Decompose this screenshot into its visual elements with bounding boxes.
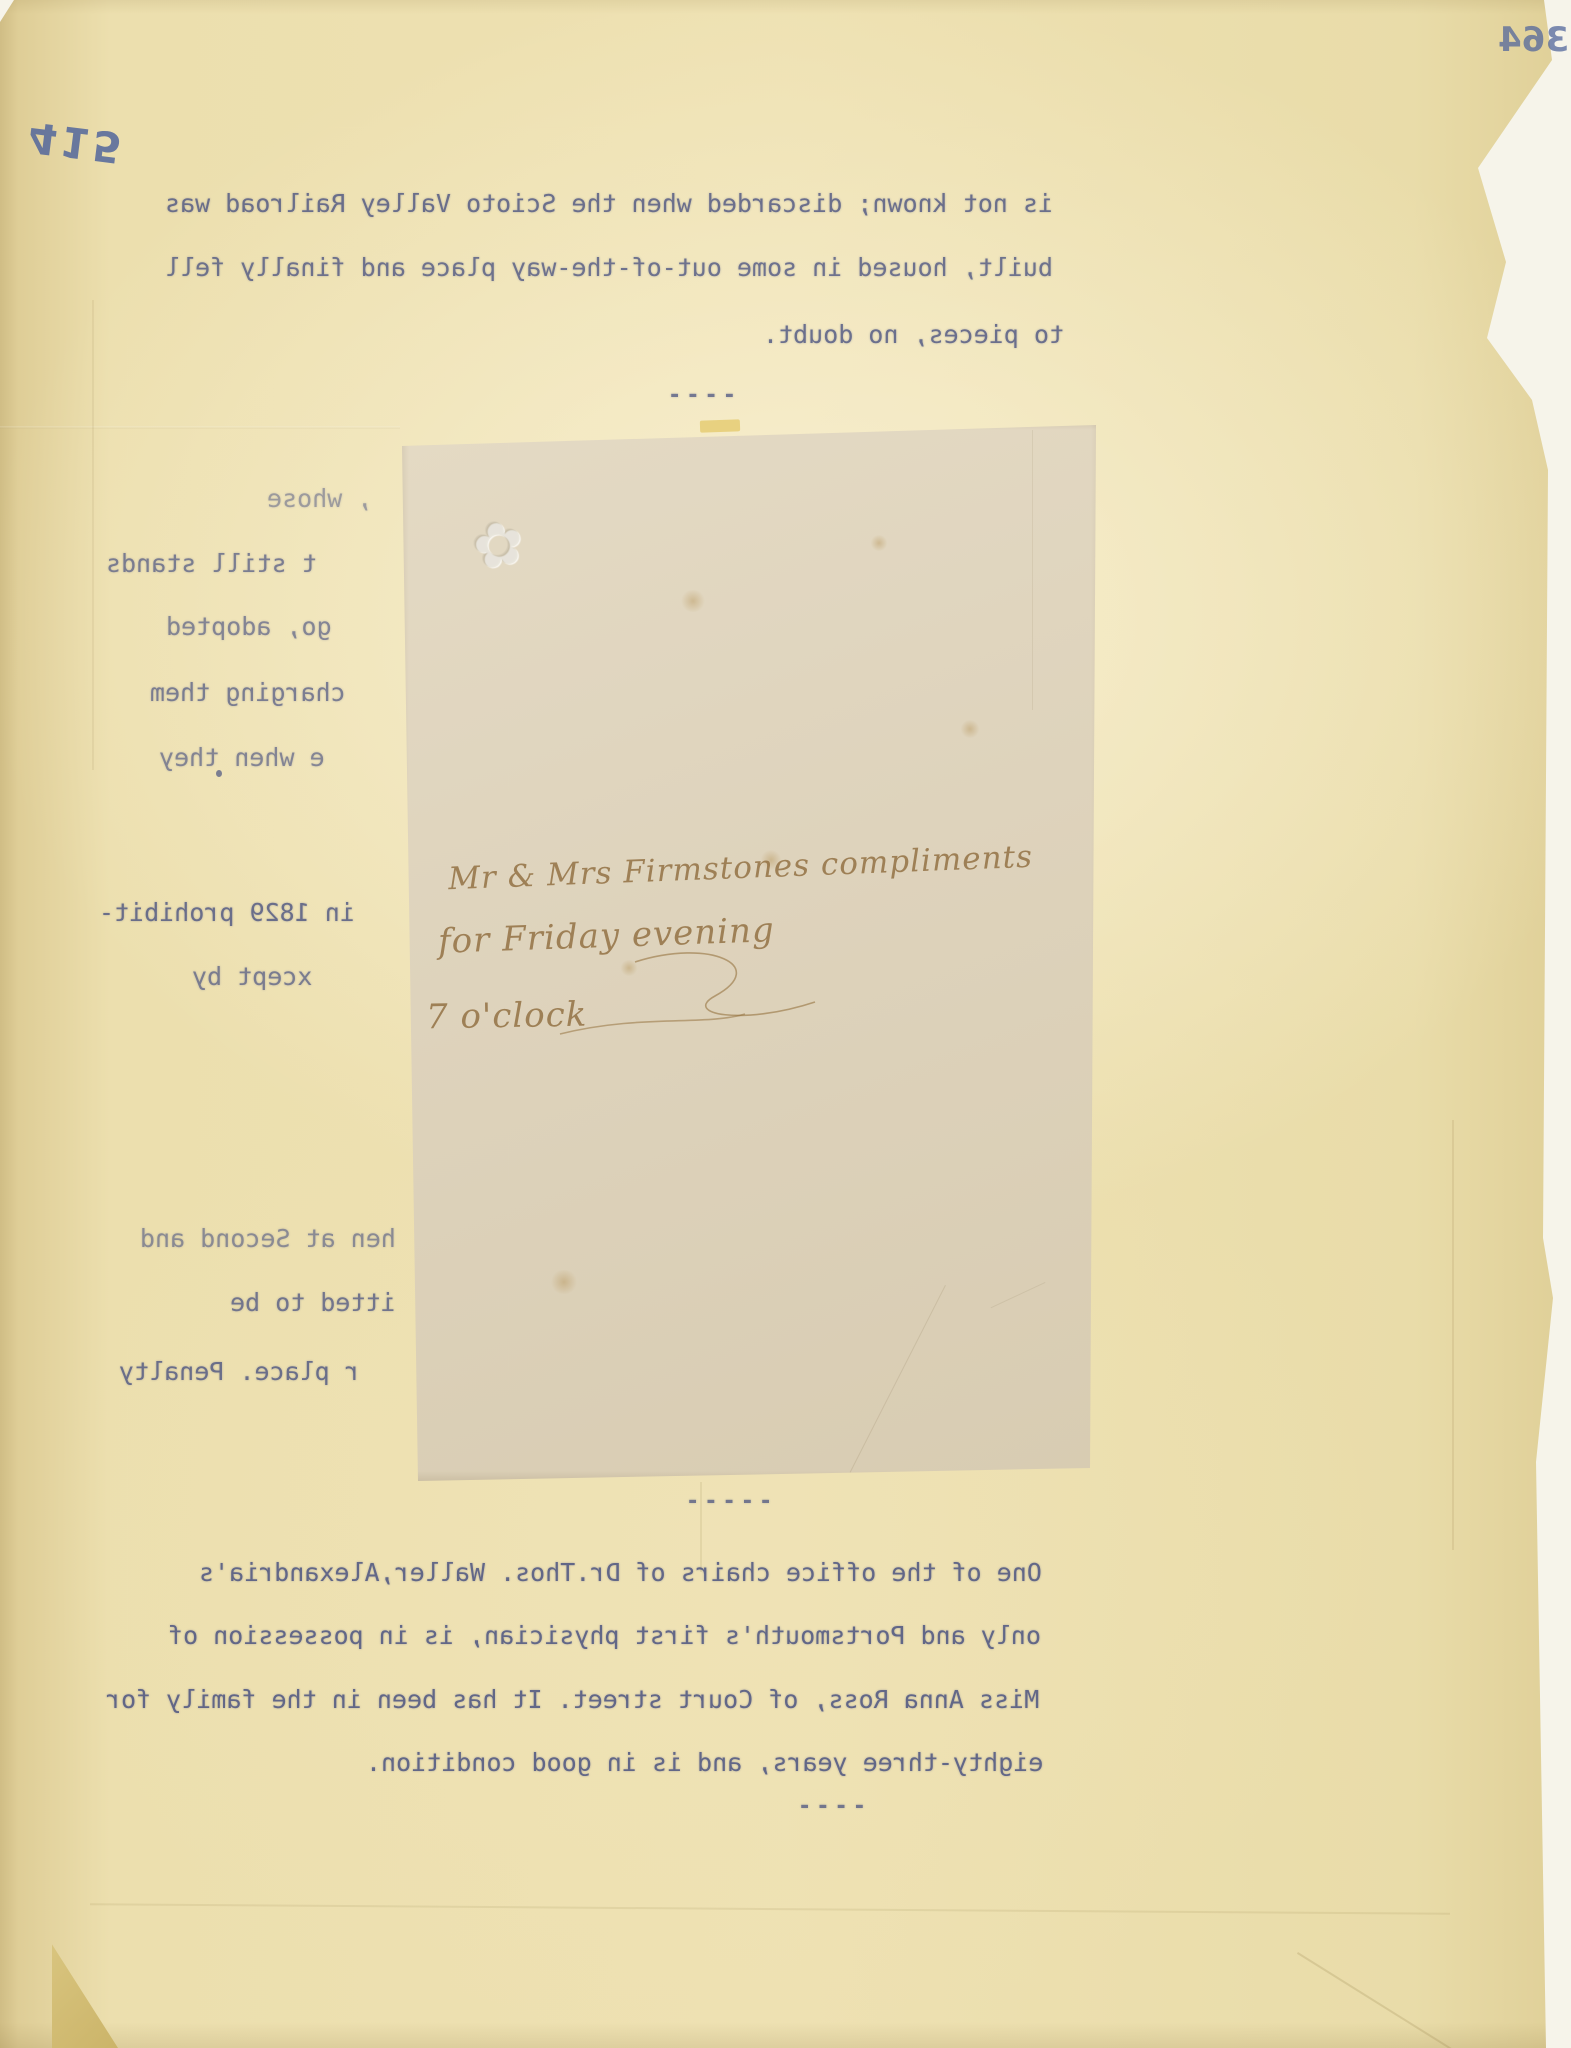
typed-fragment: in 1829 prohibit- bbox=[99, 900, 355, 926]
section-separator: ---- bbox=[798, 1794, 871, 1819]
page-number-top-right: 364 bbox=[1498, 20, 1569, 60]
card-crease-vertical bbox=[1032, 430, 1033, 710]
typed-line: eighty-three years, and is in good condi… bbox=[366, 1750, 1043, 1776]
fox-spot bbox=[960, 720, 980, 738]
handwriting-flourish bbox=[410, 930, 860, 1070]
typed-line: to pieces, no doubt. bbox=[763, 322, 1064, 348]
typed-fragment: hen at Second and bbox=[140, 1226, 396, 1252]
section-separator: ----- bbox=[686, 1489, 777, 1514]
typed-line: One of the office chairs of Dr.Thos. Wal… bbox=[199, 1560, 1042, 1586]
ink-dot bbox=[216, 770, 222, 777]
typed-fragment: e when they bbox=[159, 745, 325, 771]
typed-fragment: , whose bbox=[267, 486, 372, 512]
fox-spot bbox=[870, 535, 888, 551]
fox-spot bbox=[680, 590, 706, 612]
tape-fragment bbox=[700, 419, 740, 432]
typed-fragment: itted to be bbox=[230, 1290, 396, 1316]
typed-fragment: go, adopted bbox=[166, 614, 332, 640]
typed-fragment: t still stands bbox=[106, 551, 317, 577]
typed-fragment: r place. Penalty bbox=[119, 1359, 360, 1385]
fox-spot bbox=[550, 1270, 578, 1294]
typed-line: built, housed in some out-of-the-way pla… bbox=[165, 255, 1053, 281]
typed-fragment: charging them bbox=[150, 680, 346, 706]
typed-line: is not known; discarded when the Scioto … bbox=[165, 191, 1053, 217]
scanned-document-page: is not known; discarded when the Scioto … bbox=[0, 0, 1571, 2048]
section-separator: ---- bbox=[668, 383, 741, 408]
typed-line: only and Portsmouth's first physician, i… bbox=[168, 1623, 1041, 1649]
typed-fragment: xcept by bbox=[192, 964, 312, 990]
typed-line: Miss Anna Ross, of Court street. It has … bbox=[106, 1687, 1039, 1713]
